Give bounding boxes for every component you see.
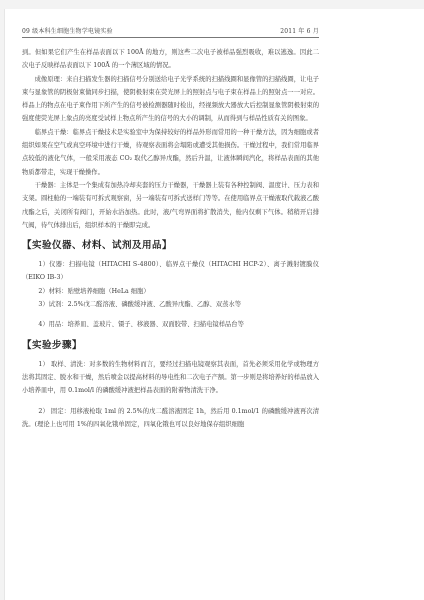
paragraph-secondary-electrons: 到。但如果它们产生在样品表面以下 100Å 的地方，则这些二次电子被样品强烈吸收…: [22, 46, 319, 73]
materials-item-instruments: 1）仪器：扫描电镜（HITACHI S-4800）、临界点干燥仪（HITACHI…: [22, 258, 319, 285]
header-date: 2011 年 6 月: [280, 26, 319, 35]
materials-item-supplies: 4）用品：培养皿、盖玻片、镊子、移液器、双面胶带、扫描电镜样品台等: [22, 318, 319, 331]
section-title-procedure: 【实验步骤】: [22, 339, 319, 353]
materials-item-reagents: 3）试剂：2.5%戊二醛溶液、磷酸缓冲液、乙酸异戊酯、乙醇、双蒸水等: [22, 298, 319, 311]
procedure-step-fixation: 2） 固定：用移液枪取 1ml 的 2.5%的戊二醛溶液固定 1h，然后用 0.…: [22, 405, 319, 432]
page-header: 09 级本科生细胞生物学电镜实验 2011 年 6 月: [22, 26, 319, 38]
procedure-step-sampling: 1） 取样、清洗：对多数的生物材料而言，要经过扫描电镜观察其表面，首先必须采用化…: [22, 358, 319, 398]
document-page: 09 级本科生细胞生物学电镜实验 2011 年 6 月 到。但如果它们产生在样品…: [5, 9, 424, 600]
materials-item-materials: 2）材料：贴壁培养细胞（HeLa 细胞）: [22, 285, 319, 298]
section-title-materials: 【实验仪器、材料、试剂及用品】: [22, 239, 319, 253]
header-course-title: 09 级本科生细胞生物学电镜实验: [22, 26, 113, 35]
page-content: 到。但如果它们产生在样品表面以下 100Å 的地方，则这些二次电子被样品强烈吸收…: [22, 46, 319, 431]
paragraph-dryer: 干燥器：主体是一个集成有加热冷却夹套的压力干燥器，干燥器上装有各种控制阀、温度计…: [22, 179, 319, 232]
paragraph-imaging-principle: 成像原理：来自扫描发生器的扫描信号分别送给电子光学系统的扫描线圈和显像管的扫描线…: [22, 73, 319, 126]
paragraph-critical-point-drying: 临界点干燥：临界点干燥技术是实验室中为保持较好的样品外形而常用的一种干燥方法，因…: [22, 126, 319, 179]
